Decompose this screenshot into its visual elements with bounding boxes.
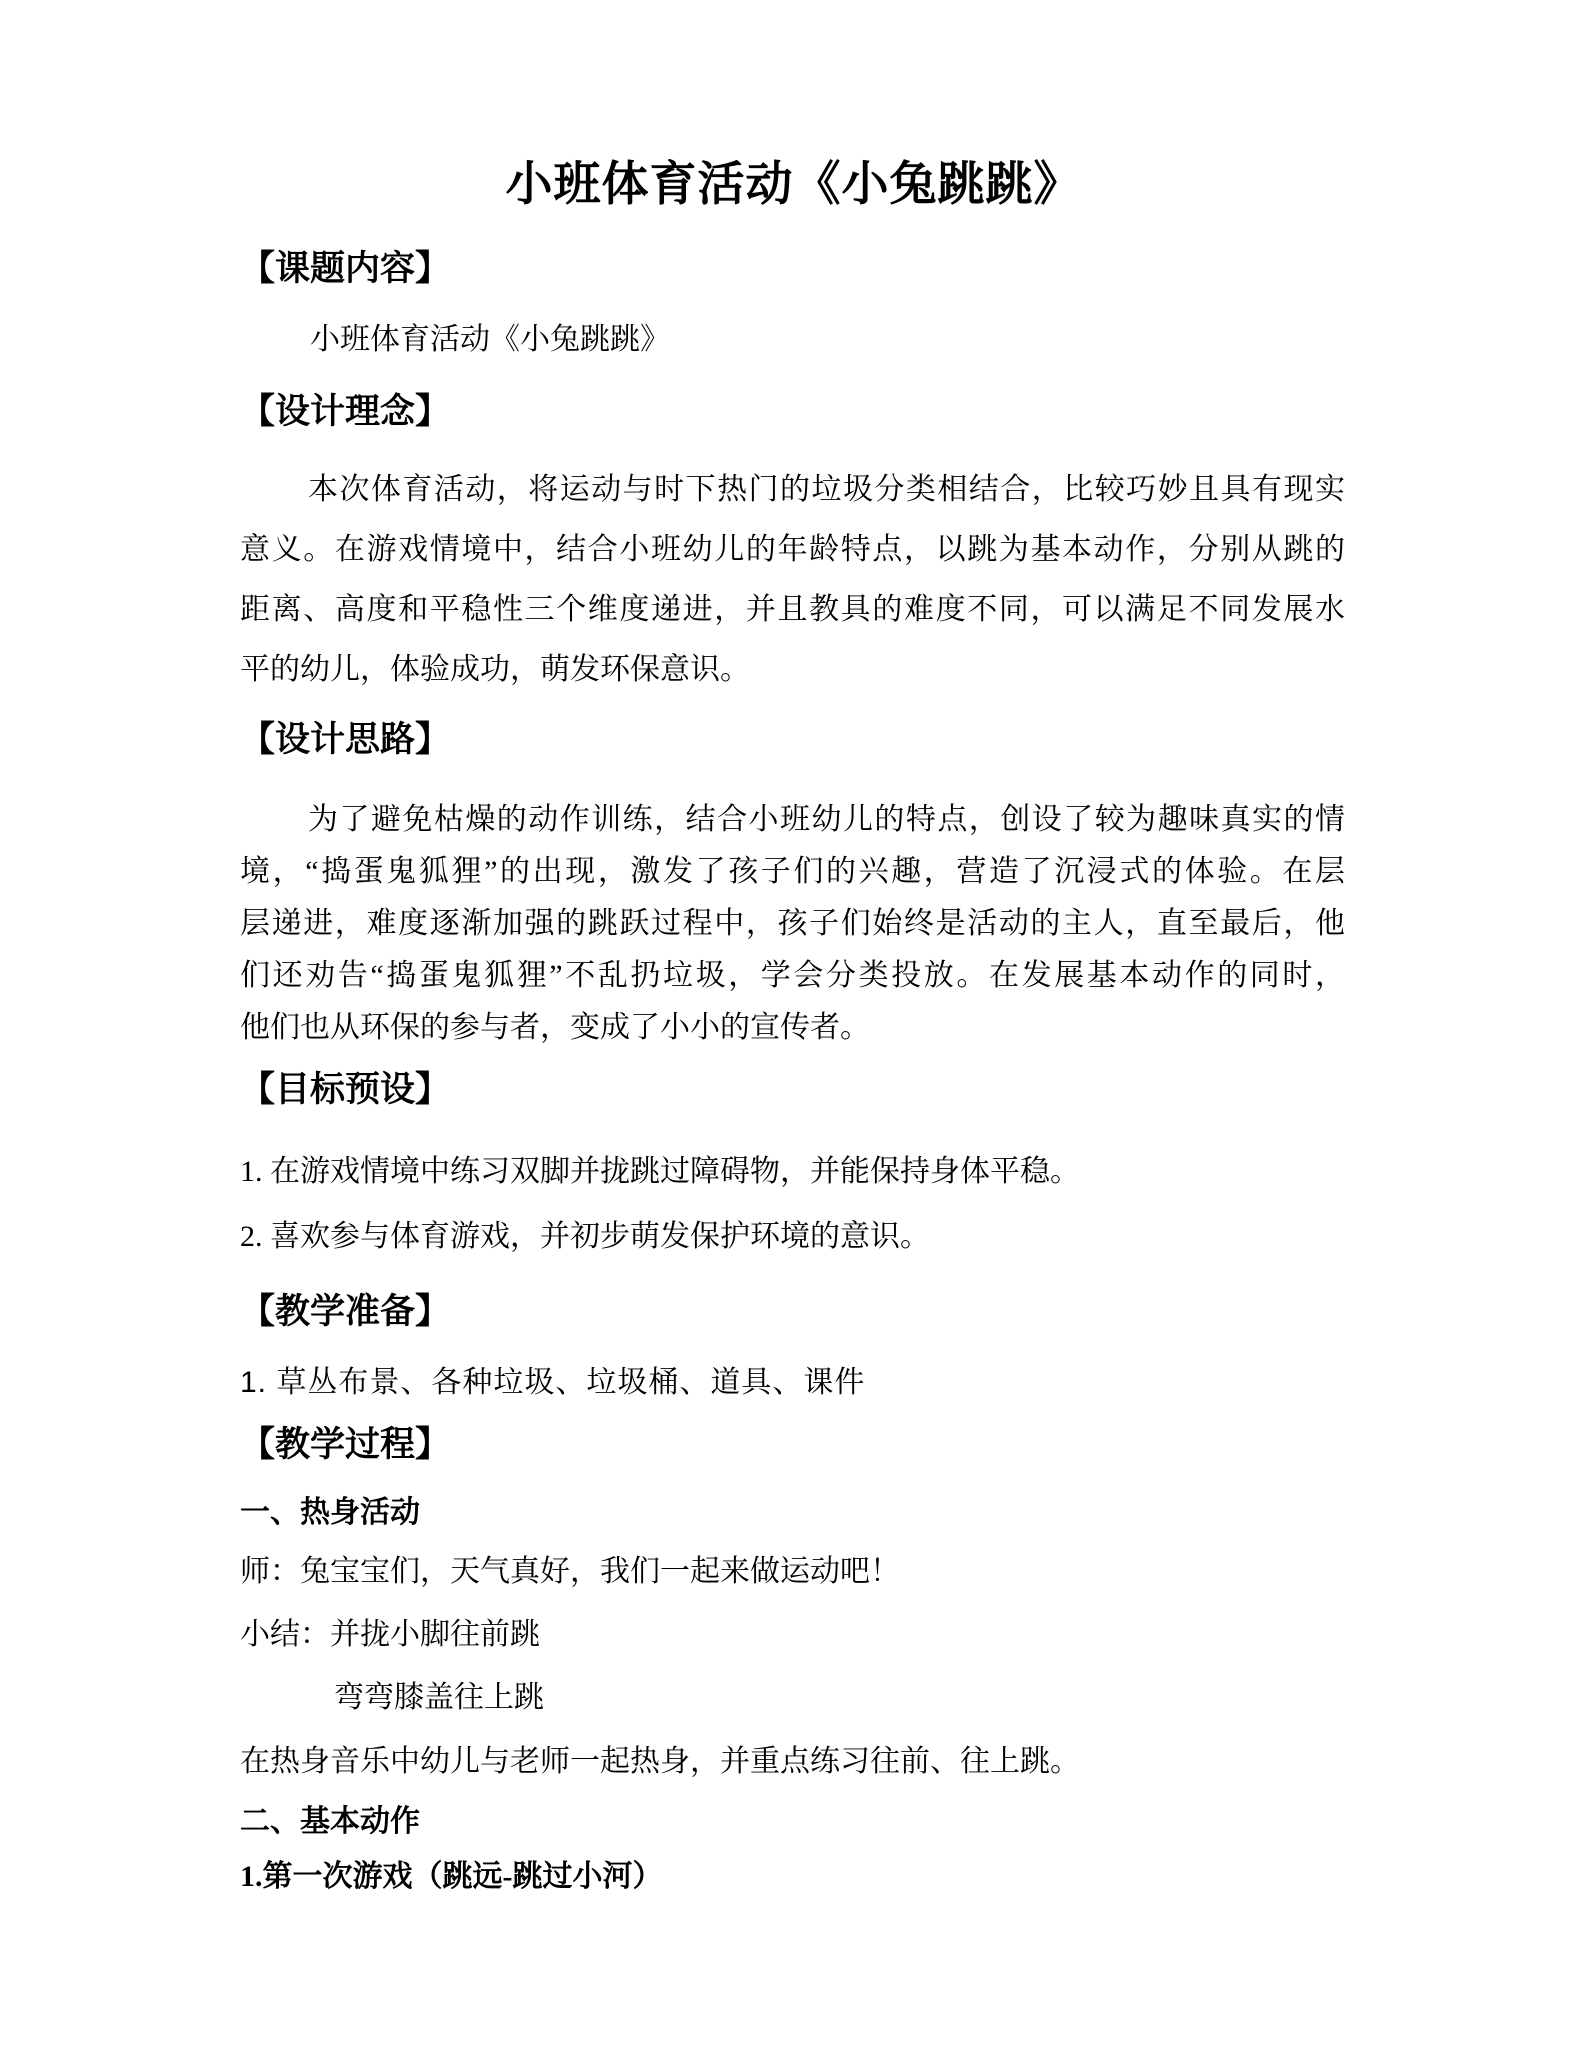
heading-design-idea: 【设计思路】 xyxy=(240,718,1345,762)
subheading-warmup: 一、热身活动 xyxy=(240,1493,1345,1533)
heading-topic: 【课题内容】 xyxy=(240,247,1345,291)
paragraph-line: 们还劝告“捣蛋鬼狐狸”不乱扔垃圾，学会分类投放。在发展基本动作的同时， xyxy=(240,950,1345,1002)
paragraph-line: 本次体育活动，将运动与时下热门的垃圾分类相结合，比较巧妙且具有现实 xyxy=(240,460,1345,520)
goal-item: 2. 喜欢参与体育游戏，并初步萌发保护环境的意识。 xyxy=(240,1217,1345,1257)
heading-process: 【教学过程】 xyxy=(240,1423,1345,1467)
paragraph-line: 距离、高度和平稳性三个维度递进，并且教具的难度不同，可以满足不同发展水 xyxy=(240,580,1345,640)
paragraph-line: 境，“捣蛋鬼狐狸”的出现，激发了孩子们的兴趣，营造了沉浸式的体验。在层 xyxy=(240,846,1345,898)
goal-item: 1. 在游戏情境中练习双脚并拢跳过障碍物，并能保持身体平稳。 xyxy=(240,1152,1345,1192)
design-idea-paragraph: 为了避免枯燥的动作训练，结合小班幼儿的特点，创设了较为趣味真实的情 境，“捣蛋鬼… xyxy=(240,794,1345,1054)
document-page: 小班体育活动《小兔跳跳》 【课题内容】 小班体育活动《小兔跳跳》 【设计理念】 … xyxy=(0,0,1587,2052)
document-title: 小班体育活动《小兔跳跳》 xyxy=(0,156,1587,212)
teacher-dialogue-line: 师：兔宝宝们，天气真好，我们一起来做运动吧！ xyxy=(240,1552,1345,1592)
paragraph-line: 意义。在游戏情境中，结合小班幼儿的年龄特点，以跳为基本动作，分别从跳的 xyxy=(240,520,1345,580)
subheading-first-game: 1.第一次游戏（跳远-跳过小河） xyxy=(240,1857,1345,1897)
paragraph-line: 他们也从环保的参与者，变成了小小的宣传者。 xyxy=(240,1002,1345,1054)
paragraph-line: 为了避免枯燥的动作训练，结合小班幼儿的特点，创设了较为趣味真实的情 xyxy=(240,794,1345,846)
preparation-item: 1. 草丛布景、各种垃圾、垃圾桶、道具、课件 xyxy=(240,1363,1345,1403)
summary-line-continued: 弯弯膝盖往上跳 xyxy=(240,1678,1439,1718)
paragraph-line: 层递进，难度逐渐加强的跳跃过程中，孩子们始终是活动的主人，直至最后，他 xyxy=(240,898,1345,950)
design-concept-paragraph: 本次体育活动，将运动与时下热门的垃圾分类相结合，比较巧妙且具有现实 意义。在游戏… xyxy=(240,460,1345,700)
warmup-note-line: 在热身音乐中幼儿与老师一起热身，并重点练习往前、往上跳。 xyxy=(240,1742,1345,1782)
paragraph-line: 平的幼儿，体验成功，萌发环保意识。 xyxy=(240,640,1345,700)
summary-line: 小结：并拢小脚往前跳 xyxy=(240,1615,1345,1655)
heading-design-concept: 【设计理念】 xyxy=(240,390,1345,434)
subheading-basic-moves: 二、基本动作 xyxy=(240,1802,1345,1842)
heading-goals: 【目标预设】 xyxy=(240,1068,1345,1112)
heading-preparation: 【教学准备】 xyxy=(240,1290,1345,1334)
topic-body-text: 小班体育活动《小兔跳跳》 xyxy=(240,320,1345,360)
